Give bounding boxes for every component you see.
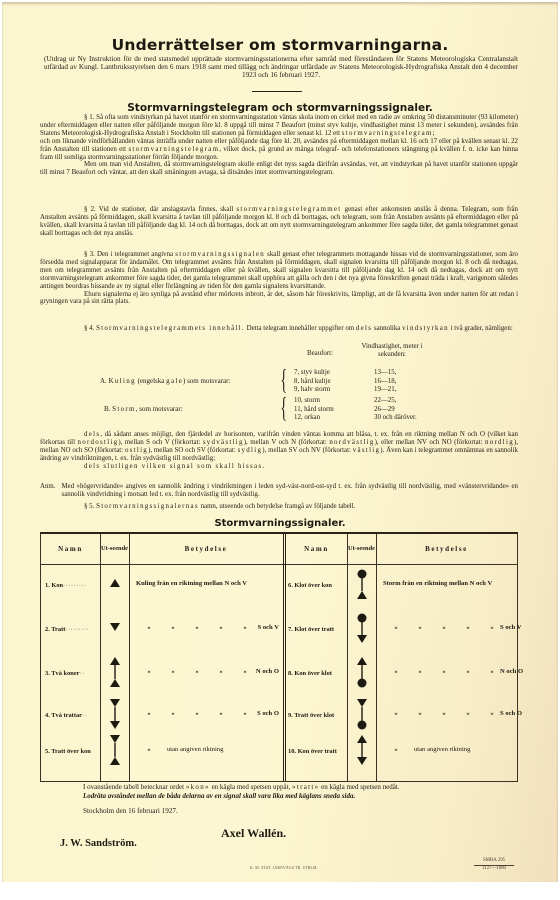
beaufort-group-label: A. Kuling (engelska gale) som motsvarar: [100, 377, 230, 385]
section-1: § 1. Så ofta som vindstyrkan på havet ut… [40, 114, 518, 177]
wind-speed: 16—18, [374, 378, 396, 387]
signal-name: 9. Tratt över klot [288, 710, 334, 720]
signal-meaning: »utan angiven riktning [388, 746, 470, 753]
document-code-number: SMHA 295 [474, 858, 514, 866]
signal-name: 8. Kon över klot [288, 668, 332, 678]
beaufort-group-label: B. Storm, som motsvarar: [104, 405, 183, 413]
section-4-details: dels, då sådant anses möjligt, den fjärd… [40, 431, 518, 471]
section-4: § 4. Stormvarningstelegrammets innehåll.… [40, 325, 518, 333]
signal-meaning: »»»»»S och O [388, 710, 513, 717]
cone-over-funnel-signal-icon [356, 735, 368, 772]
signal-meaning: »utan angiven riktning [141, 746, 223, 753]
signature-sandstrom: J. W. Sandström. [60, 838, 137, 849]
beaufort-column-header: Beaufort: [290, 350, 350, 358]
header-name-left: Namn [41, 534, 100, 564]
signal-meaning: »»»»»S och V [388, 624, 513, 631]
two-cones-signal-icon [109, 657, 121, 694]
cone-up-signal-icon [109, 569, 121, 606]
beaufort-grade: 12, orkan [294, 414, 320, 423]
beaufort-grade: 11, hård storm [294, 406, 334, 415]
intro-text: (Utdrag ur Ny Instruktion för de med sta… [44, 55, 518, 80]
signal-name: 6. Klot över kon [288, 580, 332, 590]
funnel-over-ball-signal-icon [356, 699, 368, 736]
signal-meaning: »»»»»S och O [141, 710, 279, 717]
signal-table: Namn Ut-seende Betydelse Namn Ut-seende … [40, 532, 518, 782]
section-2: § 2. Vid de stationer, där anslagstavla … [40, 206, 518, 238]
section-1-paragraph-3: Men om man vid Anstalten, då stormvarnin… [40, 161, 518, 177]
brace: { [280, 368, 287, 394]
signal-name: 3. Två koner ·· [45, 668, 85, 678]
printer-imprint: K. M. STAT. JÄRNVÄGS TR. STHLM. [250, 866, 318, 870]
table-header-divider [41, 564, 517, 565]
ball-over-cone-signal-icon [356, 569, 368, 606]
brace: { [280, 396, 287, 422]
document-code-print-run: 1127—1000 [474, 866, 514, 872]
wind-speed: 26—29 [374, 406, 395, 415]
wind-speed: 22—25, [374, 397, 396, 406]
signal-name: 5. Tratt över kon [45, 746, 91, 756]
signal-meaning: »»»»»N och O [141, 668, 279, 675]
section-3: § 3. Den i telegrammet angivna stormvarn… [40, 251, 518, 306]
signal-name: 7. Klot över tratt [288, 624, 334, 634]
wind-speed: 13—15, [374, 369, 396, 378]
signal-name: 1. Kon ········· [45, 580, 87, 590]
header-appearance-right: Ut-seende [347, 534, 376, 564]
signal-table-title: Stormvarningssignaler. [0, 518, 560, 529]
signal-name: 2. Tratt ········· [45, 624, 89, 634]
section-1-paragraph-1: § 1. Så ofta som vindstyrkan på havet ut… [40, 114, 518, 138]
signature-wallen: Axel Wallén. [221, 826, 286, 841]
two-funnels-signal-icon [109, 699, 121, 736]
section-1-paragraph-2: och om liknande vindförhållanden väntas … [40, 138, 518, 162]
beaufort-grade: 10, storm [294, 397, 320, 406]
wind-speed: 30 och däröver. [374, 414, 417, 423]
header-name-right: Namn [286, 534, 347, 564]
signal-name: 10. Kon över tratt [288, 746, 337, 756]
signal-meaning: »»»»»N och O [388, 668, 513, 675]
header-appearance-left: Ut-seende [100, 534, 129, 564]
beaufort-grade: 9, halv storm [294, 386, 330, 395]
wind-speed: 19—21, [374, 386, 396, 395]
header-meaning-right: Betydelse [376, 534, 517, 564]
signal-meaning: Kuling från en riktning mellan N och V [136, 580, 247, 587]
beaufort-grade: 7, styv kultje [294, 369, 330, 378]
section-3-paragraph-2: Ehuru signalerna ej äro synliga på avstå… [40, 291, 518, 307]
funnel-down-signal-icon [109, 613, 121, 650]
ball-over-funnel-signal-icon [356, 613, 368, 650]
document-title: Underrättelser om stormvarningarna. [0, 36, 560, 54]
section-subtitle: Stormvarningstelegram och stormvarningss… [0, 102, 560, 114]
header-meaning-left: Betydelse [129, 534, 283, 564]
table-footnote: I ovanstående tabell betecknar ordet »ko… [83, 783, 517, 800]
speed-column-header: Vindhastighet, meter i sekunden: [352, 343, 432, 359]
place-and-date: Stockholm den 16 februari 1927. [83, 807, 178, 815]
document-code: SMHA 295 1127—1000 [474, 858, 514, 872]
annotation: Anm. Med »högervridande» angives en sann… [40, 483, 518, 499]
beaufort-grade: 8, hård kultje [294, 378, 331, 387]
signal-meaning: »»»»»S och V [141, 624, 279, 631]
funnel-over-cone-signal-icon [109, 735, 121, 772]
divider [252, 91, 302, 92]
signal-name: 4. Två trattar ·· [45, 710, 87, 720]
cone-over-ball-signal-icon [356, 657, 368, 694]
annotation-text: Med »högervridande» angives en sannolik … [62, 483, 518, 499]
annotation-label: Anm. [40, 483, 56, 499]
section-5: § 5. Stormvarningssignalernas namn, utse… [40, 503, 518, 511]
signal-meaning: Storm från en riktning mellan N och V [383, 580, 492, 587]
